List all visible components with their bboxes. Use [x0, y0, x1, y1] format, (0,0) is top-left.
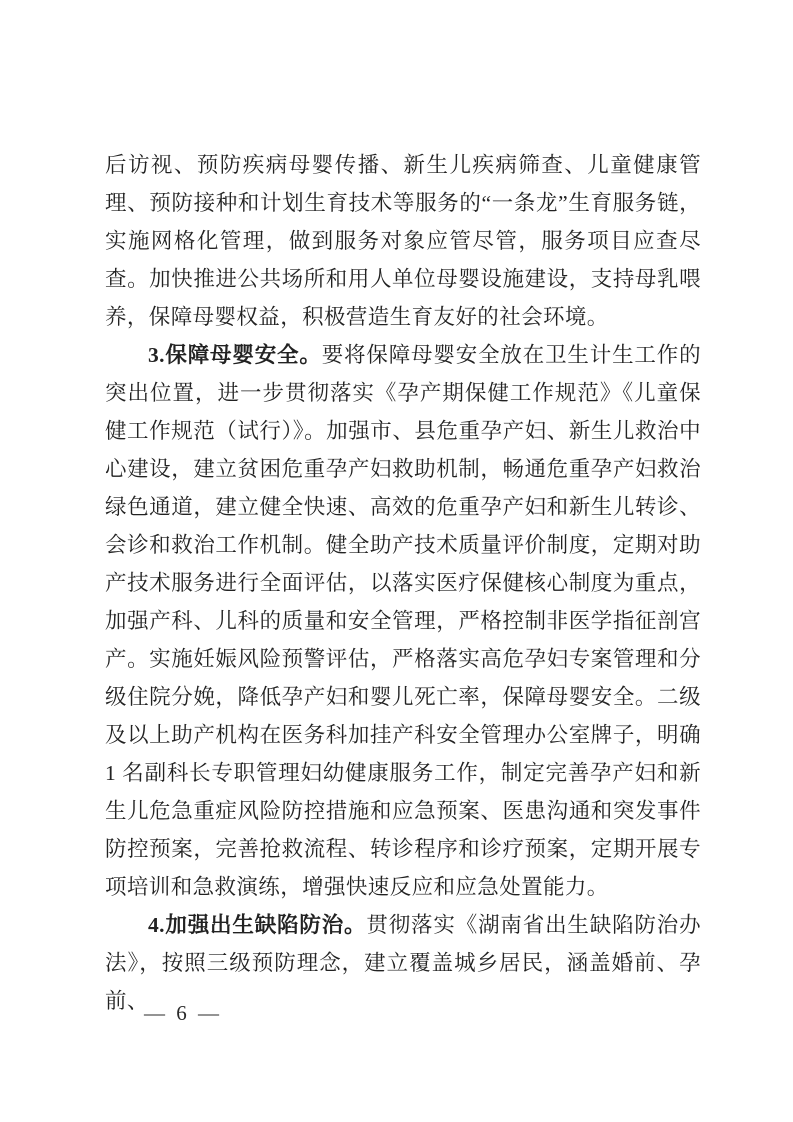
page-number: — 6 — — [144, 998, 222, 1028]
paragraph-lead: 4.加强出生缺陷防治。 — [148, 913, 366, 937]
text-block: 后访视、预防疾病母婴传播、新生儿疾病筛查、儿童健康管理、预防接种和计划生育技术等… — [105, 146, 701, 1020]
paragraph-continuation: 后访视、预防疾病母婴传播、新生儿疾病筛查、儿童健康管理、预防接种和计划生育技术等… — [105, 146, 701, 336]
paragraph-lead: 3.保障母婴安全。 — [148, 343, 322, 367]
paragraph-text: 要将保障母婴安全放在卫生计生工作的突出位置，进一步贯彻落实《孕产期保健工作规范》… — [105, 343, 701, 899]
paragraph-item-3: 3.保障母婴安全。要将保障母婴安全放在卫生计生工作的突出位置，进一步贯彻落实《孕… — [105, 336, 701, 906]
document-page: 后访视、预防疾病母婴传播、新生儿疾病筛查、儿童健康管理、预防接种和计划生育技术等… — [0, 0, 793, 1122]
paragraph-text: 后访视、预防疾病母婴传播、新生儿疾病筛查、儿童健康管理、预防接种和计划生育技术等… — [105, 153, 701, 329]
